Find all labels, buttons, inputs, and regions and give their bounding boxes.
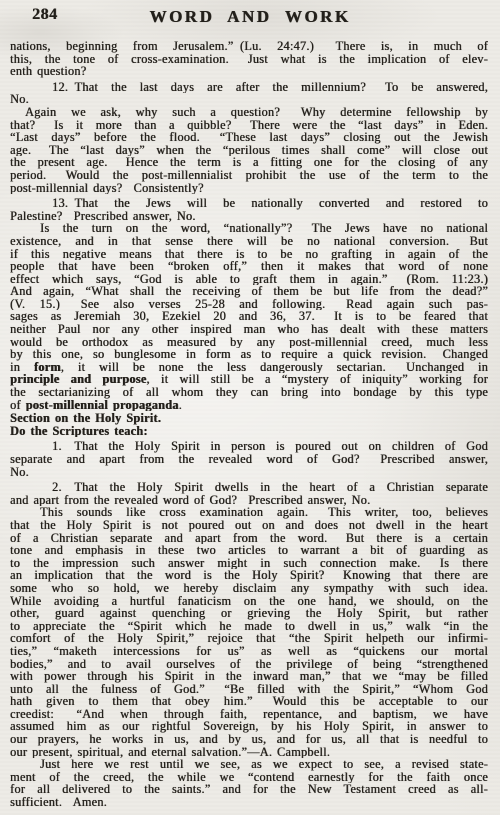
text-line: Palestine? Prescribed answer, No.: [10, 210, 488, 223]
text-line: of post-millennial propaganda.: [10, 399, 488, 412]
text-line: of a Christian separate and apart from t…: [10, 532, 488, 545]
text-line: “Last days” before the flood. “These las…: [10, 131, 488, 144]
text-line: No.: [10, 93, 488, 106]
text-line: if this negative means that there is to …: [10, 248, 488, 261]
paragraph-just-here-we-rest: Just here we rest until we see, as we ex…: [10, 758, 488, 808]
text-line: creedist: “And when through faith, repen…: [10, 708, 488, 721]
text-line: ment of the creed, the while we “contend…: [10, 771, 488, 784]
text-line: some who so hold, we hereby disclaim any…: [10, 582, 488, 595]
section-heading-holy-spirit: Section on the Holy Spirit.: [10, 412, 488, 425]
text-line: Is the turn on the word, “nationally”? T…: [10, 222, 488, 235]
text-line: comfort of the Holy Spirit,” rejoice tha…: [10, 632, 488, 645]
text-line: to appreciate the “Spirit which he made …: [10, 620, 488, 633]
question-2-holy-spirit: 2. That the Holy Spirit dwells in the he…: [10, 481, 488, 506]
text-line: hath given to them that obey him.” Would…: [10, 695, 488, 708]
text-line: And again, “What shall the receiving of …: [10, 285, 488, 298]
text-line: existence, and in that sense there will …: [10, 235, 488, 248]
text-line: No.: [10, 466, 488, 479]
text-line: in form, it will be none the less danger…: [10, 361, 488, 374]
text-line: sages as Jeremiah 30, Ezekiel 20 and 36,…: [10, 310, 488, 323]
text-line: Do the Scriptures teach:: [10, 425, 488, 438]
paragraph-is-the-turn: Is the turn on the word, “nationally”? T…: [10, 222, 488, 411]
text-line: that? Is it more than a quibble? There w…: [10, 119, 488, 132]
paragraph-this-sounds-like: This sounds like cross examination again…: [10, 506, 488, 758]
text-line: would be orthodox as measured by any pos…: [10, 336, 488, 349]
text-line: our prayers, he works in us, and by us, …: [10, 733, 488, 746]
text-line: period. Would the post-millennialist pro…: [10, 169, 488, 182]
paragraph-nations-continuation: nations, beginning from Jerusalem.” (Lu.…: [10, 40, 488, 78]
text-line: neither Paul nor any other inspired man …: [10, 323, 488, 336]
page-header: 284 WORD AND WORK: [0, 0, 500, 33]
text-line: separate and apart from the revealed wor…: [10, 453, 488, 466]
question-13: 13. That the Jews will be nationally con…: [10, 197, 488, 222]
heading-do-the-scriptures-teach: Do the Scriptures teach:: [10, 425, 488, 438]
text-line: that the Holy Spirit is not poured out o…: [10, 519, 488, 532]
text-line: enth question?: [10, 65, 488, 78]
text-line: by this one, so bunglesome in form as to…: [10, 348, 488, 361]
text-line: ties,” “maketh intercessions for us” as …: [10, 645, 488, 658]
scanned-page: 284 WORD AND WORK nations, beginning fro…: [0, 0, 500, 815]
text-line: other, guard against quenching or grievi…: [10, 607, 488, 620]
text-line: age. The “last days” when the “perilous …: [10, 144, 488, 157]
text-line: unto all the fulness of God.” “Be filled…: [10, 683, 488, 696]
page-number: 284: [32, 6, 58, 24]
text-line: the present age. Hence the term is a fit…: [10, 156, 488, 169]
text-line: the sectarianizing of all whom they can …: [10, 386, 488, 399]
page-title: WORD AND WORK: [0, 7, 500, 27]
text-line: for all delivered to the saints.” and fo…: [10, 783, 488, 796]
text-line: nations, beginning from Jerusalem.” (Lu.…: [10, 40, 488, 53]
text-line: people that have been “broken off,” then…: [10, 260, 488, 273]
text-line: While avoiding a hurtful fanaticism on t…: [10, 595, 488, 608]
text-line: (V. 15.) See also verses 25-28 and follo…: [10, 298, 488, 311]
text-line: this, the tone of cross-examination. Jus…: [10, 53, 488, 66]
text-line: our present, spiritual, and eternal salv…: [10, 746, 488, 759]
paragraph-again-we-ask: Again we ask, why such a question? Why d…: [10, 106, 488, 194]
text-line: Section on the Holy Spirit.: [10, 412, 488, 425]
text-line: 2. That the Holy Spirit dwells in the he…: [10, 481, 488, 494]
text-line: 12. That the last days are after the mil…: [10, 81, 488, 94]
text-line: with power through his Spirit in the inw…: [10, 670, 488, 683]
text-line: 13. That the Jews will be nationally con…: [10, 197, 488, 210]
text-line: assumed him as our rightful Sovereign, b…: [10, 720, 488, 733]
text-line: Again we ask, why such a question? Why d…: [10, 106, 488, 119]
text-line: effect which says, “God is able to graft…: [10, 273, 488, 286]
text-line: tone and emphasis in these two articles …: [10, 544, 488, 557]
text-line: to the impression such answer might in s…: [10, 557, 488, 570]
question-1-holy-spirit: 1. That the Holy Spirit in person is pou…: [10, 440, 488, 478]
text-line: Just here we rest until we see, as we ex…: [10, 758, 488, 771]
question-12: 12. That the last days are after the mil…: [10, 81, 488, 106]
text-line: 1. That the Holy Spirit in person is pou…: [10, 440, 488, 453]
text-line: bodies,” and to avail ourselves of the p…: [10, 658, 488, 671]
text-line: and apart from the revealed word of God?…: [10, 494, 488, 507]
text-line: sufficient. Amen.: [10, 796, 488, 809]
text-line: This sounds like cross examination again…: [10, 506, 488, 519]
page-body: nations, beginning from Jerusalem.” (Lu.…: [0, 33, 500, 809]
text-line: an implication that the word is the Holy…: [10, 569, 488, 582]
text-line: principle and purpose, it will still be …: [10, 373, 488, 386]
text-line: post-millennial days? Consistently?: [10, 182, 488, 195]
